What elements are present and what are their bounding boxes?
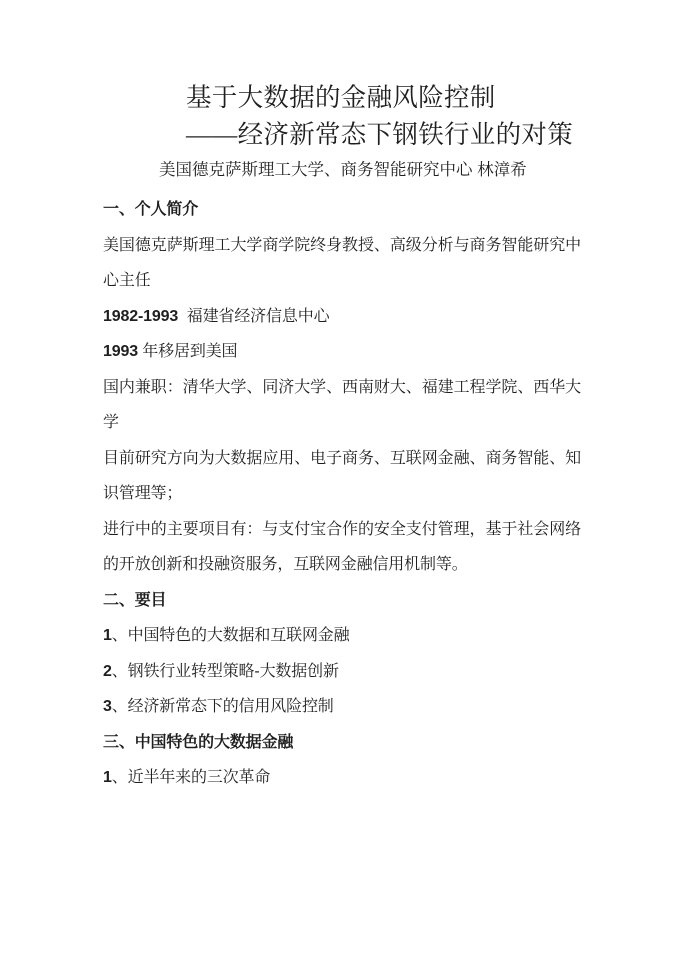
list-item: 3、经济新常态下的信用风险控制 <box>103 689 581 725</box>
doc-title-line-1: 基于大数据的金融风险控制 <box>0 79 680 116</box>
document-page[interactable]: 基于大数据的金融风险控制 ——经济新常态下钢铁行业的对策 美国德克萨斯理工大学、… <box>0 0 680 962</box>
paragraph-position-line-1: 美国德克萨斯理工大学商学院终身教授、高级分析与商务智能研究中 <box>103 228 581 264</box>
title-block: 基于大数据的金融风险控制 ——经济新常态下钢铁行业的对策 美国德克萨斯理工大学、… <box>0 0 680 187</box>
list-item-number: 1 <box>103 769 112 786</box>
paragraph-career-1: 1982-1993 福建省经济信息中心 <box>103 299 581 335</box>
career-2-years: 1993 <box>103 343 138 360</box>
career-1-text: 福建省经济信息中心 <box>178 308 329 325</box>
byline: 美国德克萨斯理工大学、商务智能研究中心 林漳希 <box>0 153 680 187</box>
career-1-years: 1982-1993 <box>103 308 178 325</box>
paragraph-projects-line-1: 进行中的主要项目有：与支付宝合作的安全支付管理，基于社会网络 <box>103 512 581 548</box>
list-item-text: 、近半年来的三次革命 <box>112 769 271 786</box>
section-1-heading: 一、个人简介 <box>103 192 581 228</box>
section-3-heading: 三、中国特色的大数据金融 <box>103 725 581 761</box>
list-item-number: 2 <box>103 663 112 680</box>
document-body: 一、个人简介 美国德克萨斯理工大学商学院终身教授、高级分析与商务智能研究中 心主… <box>103 192 581 796</box>
paragraph-career-2: 1993 年移居到美国 <box>103 334 581 370</box>
paragraph-position-line-2: 心主任 <box>103 263 581 299</box>
section-2-heading: 二、要目 <box>103 583 581 619</box>
paragraph-research-line-2: 识管理等； <box>103 476 581 512</box>
paragraph-research-line-1: 目前研究方向为大数据应用、电子商务、互联网金融、商务智能、知 <box>103 441 581 477</box>
list-item-number: 1 <box>103 627 112 644</box>
list-item: 2、钢铁行业转型策略-大数据创新 <box>103 654 581 690</box>
paragraph-projects-line-2: 的开放创新和投融资服务，互联网金融信用机制等。 <box>103 547 581 583</box>
list-item-number: 3 <box>103 698 112 715</box>
list-item-text: 、钢铁行业转型策略-大数据创新 <box>112 663 339 680</box>
list-item-text: 、经济新常态下的信用风险控制 <box>112 698 334 715</box>
career-2-text: 年移居到美国 <box>138 343 237 360</box>
list-item: 1、中国特色的大数据和互联网金融 <box>103 618 581 654</box>
paragraph-part-time-line-2: 学 <box>103 405 581 441</box>
paragraph-part-time-line-1: 国内兼职：清华大学、同济大学、西南财大、福建工程学院、西华大 <box>103 370 581 406</box>
list-item-text: 、中国特色的大数据和互联网金融 <box>112 627 350 644</box>
doc-title-line-2: ——经济新常态下钢铁行业的对策 <box>0 116 680 153</box>
list-item: 1、近半年来的三次革命 <box>103 760 581 796</box>
